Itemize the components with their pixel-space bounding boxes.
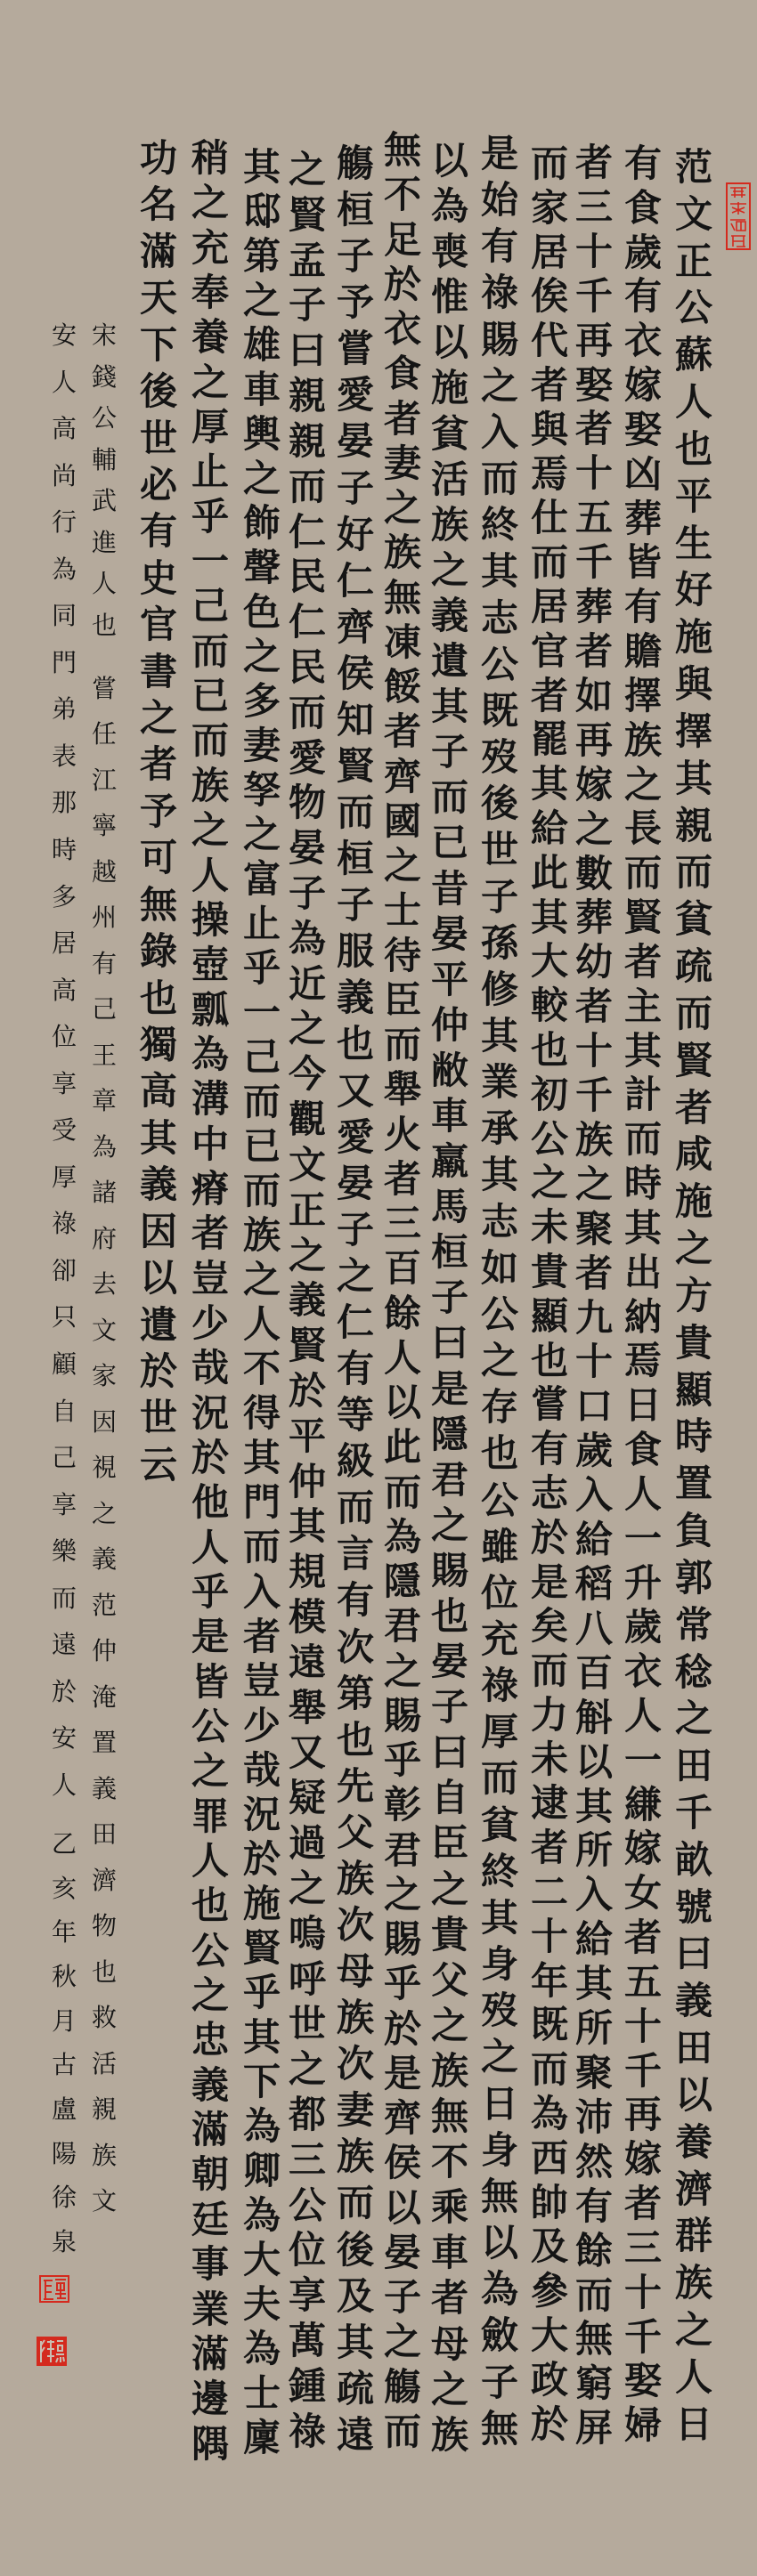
calligraphy-character: 享: [289, 2277, 326, 2314]
calligraphy-character: 女: [624, 1875, 662, 1912]
calligraphy-character: 大: [243, 2241, 281, 2279]
calligraphy-character: 操: [191, 902, 229, 939]
calligraphy-character: 者: [531, 367, 568, 404]
calligraphy-character: 而: [191, 722, 229, 759]
calligraphy-character: 士: [384, 892, 421, 929]
calligraphy-character: 少: [243, 1707, 281, 1745]
calligraphy-character: 擇: [675, 713, 712, 750]
calligraphy-character: 身: [481, 2132, 518, 2169]
calligraphy-character: 盧: [52, 2097, 77, 2122]
calligraphy-character: 贍: [624, 633, 662, 670]
calligraphy-character: 親: [289, 423, 326, 460]
calligraphy-character: 帥: [531, 2184, 568, 2222]
calligraphy-character: 以: [384, 1384, 421, 1422]
calligraphy-character: 多: [243, 683, 281, 720]
calligraphy-character: 咸: [675, 1136, 712, 1173]
calligraphy-character: 之: [140, 700, 177, 737]
calligraphy-character: 聚: [575, 2054, 613, 2092]
calligraphy-character: 三: [624, 2230, 662, 2267]
calligraphy-character: 時: [52, 838, 77, 863]
calligraphy-character: 平: [675, 478, 712, 515]
calligraphy-character: 秋: [52, 1964, 77, 1989]
calligraphy-character: 稍: [191, 140, 229, 177]
calligraphy-character: 再: [624, 2096, 662, 2134]
calligraphy-character: 施: [675, 1183, 712, 1220]
calligraphy-character: 此: [384, 1429, 421, 1466]
calligraphy-character: 矣: [531, 1608, 568, 1645]
calligraphy-character: 有: [531, 1430, 568, 1468]
calligraphy-character: 好: [675, 571, 712, 609]
calligraphy-character: 納: [624, 1299, 662, 1336]
calligraphy-character: 者: [575, 988, 613, 1025]
calligraphy-character: 之: [481, 2038, 518, 2076]
calligraphy-character: 出: [624, 1254, 662, 1292]
calligraphy-character: 祿: [481, 1667, 518, 1705]
calligraphy-character: 其: [289, 1508, 326, 1545]
calligraphy-character: 世: [140, 1399, 177, 1437]
calligraphy-character: 近: [289, 966, 326, 1003]
calligraphy-character: 次: [337, 1629, 374, 1666]
calligraphy-character: 活: [431, 461, 468, 498]
calligraphy-character: 其: [531, 766, 568, 803]
calligraphy-character: 子: [431, 1689, 468, 1726]
calligraphy-character: 既: [531, 2006, 568, 2044]
calligraphy-character: 歲: [575, 1432, 613, 1470]
calligraphy-character: 其: [575, 1965, 613, 2003]
calligraphy-character: 桓: [337, 840, 374, 878]
calligraphy-character: 升: [624, 1565, 662, 1602]
calligraphy-character: 之: [243, 1261, 281, 1299]
calligraphy-character: 百: [384, 1250, 421, 1287]
calligraphy-character: 止: [191, 453, 229, 490]
calligraphy-character: 置: [92, 1730, 117, 1755]
calligraphy-character: 公: [289, 2187, 326, 2224]
calligraphy-character: 州: [92, 905, 117, 930]
calligraphy-character: 文: [92, 2189, 117, 2214]
calligraphy-character: 諸: [92, 1180, 117, 1205]
calligraphy-character: 仲: [431, 1007, 468, 1044]
calligraphy-character: 有: [92, 952, 117, 976]
calligraphy-character: 之: [92, 1502, 117, 1527]
calligraphy-character: 世: [289, 2005, 326, 2043]
calligraphy-character: 第: [243, 238, 281, 275]
calligraphy-character: 位: [481, 1575, 518, 1612]
calligraphy-character: 也: [531, 1342, 568, 1380]
calligraphy-character: 為: [52, 557, 77, 582]
calligraphy-character: 二: [531, 1874, 568, 1911]
calligraphy-character: 都: [289, 2096, 326, 2134]
calligraphy-character: 公: [481, 1296, 518, 1333]
calligraphy-character: 罷: [531, 721, 568, 758]
calligraphy-character: 車: [431, 2234, 468, 2272]
calligraphy-character: 府: [92, 1227, 117, 1252]
calligraphy-character: 豈: [191, 1260, 229, 1298]
calligraphy-character: 也: [92, 1960, 117, 1985]
calligraphy-character: 同: [52, 603, 77, 628]
calligraphy-character: 有: [481, 228, 518, 265]
calligraphy-character: 居: [52, 931, 77, 956]
calligraphy-character: 觴: [337, 145, 374, 182]
calligraphy-character: 舉: [384, 1071, 421, 1108]
calligraphy-character: 少: [191, 1305, 229, 1342]
calligraphy-character: 晏: [384, 2234, 421, 2272]
calligraphy-character: 溝: [191, 1081, 229, 1118]
calligraphy-character: 也: [92, 613, 117, 638]
calligraphy-character: 之: [481, 1342, 518, 1380]
calligraphy-character: 亥: [52, 1876, 77, 1901]
calligraphy-character: 一: [624, 1520, 662, 1558]
calligraphy-character: 主: [624, 988, 662, 1025]
calligraphy-character: 疏: [675, 948, 712, 985]
calligraphy-character: 家: [92, 1364, 117, 1389]
calligraphy-character: 也: [337, 1025, 374, 1063]
calligraphy-character: 惟: [431, 279, 468, 316]
calligraphy-character: 族: [243, 1217, 281, 1254]
calligraphy-character: 施: [675, 619, 712, 656]
calligraphy-character: 西: [531, 2140, 568, 2177]
calligraphy-character: 於: [191, 1439, 229, 1477]
calligraphy-character: 及: [531, 2228, 568, 2265]
calligraphy-character: 之: [575, 811, 613, 848]
calligraphy-character: 賜: [431, 1552, 468, 1590]
calligraphy-character: 者: [575, 1255, 613, 1292]
calligraphy-character: 為: [92, 1135, 117, 1160]
calligraphy-character: 正: [289, 1192, 326, 1229]
calligraphy-character: 以: [431, 324, 468, 361]
calligraphy-character: 人: [624, 1476, 662, 1513]
calligraphy-character: 族: [191, 767, 229, 805]
calligraphy-character: 為: [531, 2095, 568, 2133]
calligraphy-character: 服: [337, 933, 374, 970]
calligraphy-character: 廷: [191, 2201, 229, 2239]
calligraphy-character: 五: [624, 1964, 662, 2001]
calligraphy-character: 餘: [384, 1295, 421, 1333]
calligraphy-character: 者: [140, 746, 177, 783]
calligraphy-character: 施: [431, 369, 468, 407]
calligraphy-character: 而: [243, 1528, 281, 1566]
calligraphy-character: 多: [52, 885, 77, 910]
calligraphy-character: 義: [140, 1166, 177, 1203]
calligraphy-character: 之: [191, 184, 229, 222]
calligraphy-character: 者: [531, 677, 568, 715]
calligraphy-character: 義: [92, 1777, 117, 1802]
calligraphy-character: 第: [337, 1675, 374, 1713]
calligraphy-character: 而: [191, 633, 229, 670]
calligraphy-character: 者: [191, 1215, 229, 1252]
calligraphy-character: 祿: [52, 1211, 77, 1236]
calligraphy-character: 群: [675, 2217, 712, 2255]
calligraphy-character: 大: [531, 943, 568, 980]
calligraphy-character: 次: [337, 1907, 374, 1944]
calligraphy-character: 以: [384, 2190, 421, 2227]
calligraphy-character: 范: [675, 149, 712, 186]
calligraphy-character: 其: [243, 1439, 281, 1477]
calligraphy-character: 進: [92, 531, 117, 555]
calligraphy-character: 屏: [575, 2410, 613, 2447]
calligraphy-character: 而: [337, 1489, 374, 1527]
calligraphy-character: 與: [531, 411, 568, 449]
calligraphy-character: 仁: [337, 1304, 374, 1341]
calligraphy-character: 一: [243, 994, 281, 1032]
calligraphy-character: 者: [575, 144, 613, 182]
calligraphy-character: 十: [624, 2274, 662, 2312]
calligraphy-character: 八: [575, 1610, 613, 1648]
calligraphy-character: 葬: [624, 500, 662, 538]
calligraphy-character: 安: [52, 1726, 77, 1751]
calligraphy-character: 其: [624, 1210, 662, 1247]
calligraphy-character: 又: [337, 1073, 374, 1110]
calligraphy-character: 時: [624, 1165, 662, 1203]
calligraphy-character: 以: [140, 1260, 177, 1297]
calligraphy-character: 充: [481, 1621, 518, 1658]
calligraphy-character: 賜: [384, 1697, 421, 1735]
calligraphy-character: 皆: [191, 1664, 229, 1701]
calligraphy-character: 蘇: [675, 336, 712, 374]
calligraphy-character: 人: [243, 1306, 281, 1343]
calligraphy-character: 不: [384, 176, 421, 214]
calligraphy-character: 尚: [52, 464, 77, 489]
calligraphy-character: 之: [289, 2051, 326, 2088]
calligraphy-character: 祿: [289, 2413, 326, 2450]
calligraphy-character: 嘗: [92, 676, 117, 701]
calligraphy-character: 子: [289, 287, 326, 324]
calligraphy-character: 觴: [384, 2369, 421, 2406]
calligraphy-character: 無: [140, 887, 177, 924]
calligraphy-character: 而: [289, 468, 326, 506]
calligraphy-character: 為: [191, 1036, 229, 1073]
calligraphy-character: 任: [92, 722, 117, 747]
calligraphy-character: 予: [140, 793, 177, 830]
calligraphy-character: 入: [575, 1477, 613, 1514]
calligraphy-character: 滿: [140, 233, 177, 271]
calligraphy-character: 官: [531, 633, 568, 670]
calligraphy-character: 族: [675, 2264, 712, 2302]
calligraphy-character: 事: [191, 2246, 229, 2283]
calligraphy-character: 夫: [243, 2286, 281, 2323]
calligraphy-character: 曰: [675, 1935, 712, 1973]
calligraphy-character: 葬: [575, 588, 613, 626]
calligraphy-character: 焉: [624, 1342, 662, 1380]
calligraphy-character: 而: [531, 2051, 568, 2088]
calligraphy-character: 哉: [191, 1349, 229, 1387]
calligraphy-character: 奉: [191, 274, 229, 312]
calligraphy-character: 遠: [52, 1632, 77, 1657]
calligraphy-character: 是: [481, 135, 518, 173]
calligraphy-character: 錄: [140, 933, 177, 970]
calligraphy-character: 沛: [575, 2099, 613, 2136]
calligraphy-character: 享: [52, 1493, 77, 1518]
calligraphy-character: 古: [52, 2053, 77, 2078]
calligraphy-character: 乎: [243, 950, 281, 987]
calligraphy-character: 所: [575, 1832, 613, 1869]
calligraphy-character: 之: [675, 1700, 712, 1738]
calligraphy-character: 親: [675, 807, 712, 845]
calligraphy-character: 業: [481, 1064, 518, 1101]
calligraphy-character: 曰: [431, 1734, 468, 1771]
calligraphy-character: 邸: [243, 193, 281, 231]
calligraphy-character: 祿: [481, 274, 518, 312]
calligraphy-character: 三: [384, 1205, 421, 1243]
calligraphy-character: 而: [531, 145, 568, 182]
calligraphy-character: 千: [575, 1077, 613, 1114]
calligraphy-character: 十: [575, 1033, 613, 1070]
seal-stamp-icon: [726, 182, 751, 250]
calligraphy-character: 九: [575, 1300, 613, 1337]
calligraphy-character: 去: [92, 1272, 117, 1297]
calligraphy-character: 民: [289, 649, 326, 686]
calligraphy-character: 施: [243, 1885, 281, 1923]
calligraphy-character: 世: [140, 420, 177, 458]
calligraphy-character: 有: [140, 513, 177, 550]
calligraphy-character: 予: [337, 284, 374, 321]
calligraphy-character: 之: [289, 1237, 326, 1275]
calligraphy-character: 者: [575, 633, 613, 670]
calligraphy-character: 日: [481, 2086, 518, 2123]
calligraphy-character: 娶: [575, 367, 613, 404]
calligraphy-character: 賢: [675, 1042, 712, 1080]
calligraphy-character: 者: [243, 1618, 281, 1656]
calligraphy-character: 那: [52, 790, 77, 815]
calligraphy-character: 仁: [289, 514, 326, 551]
calligraphy-character: 愛: [337, 1119, 374, 1156]
calligraphy-character: 次: [337, 2045, 374, 2083]
calligraphy-character: 賢: [289, 1327, 326, 1365]
calligraphy-character: 大: [531, 2317, 568, 2354]
seal-bottom-left-upper: [38, 2274, 70, 2304]
calligraphy-character: 滿: [191, 2111, 229, 2149]
calligraphy-character: 遺: [140, 1307, 177, 1344]
calligraphy-character: 公: [191, 1708, 229, 1746]
calligraphy-character: 疏: [337, 2370, 374, 2408]
calligraphy-character: 物: [92, 1914, 117, 1939]
calligraphy-character: 與: [675, 666, 712, 703]
calligraphy-character: 門: [243, 1484, 281, 1521]
calligraphy-character: 其: [243, 149, 281, 186]
calligraphy-character: 於: [140, 1353, 177, 1390]
calligraphy-character: 千: [575, 544, 613, 581]
calligraphy-character: 晏: [431, 916, 468, 953]
calligraphy-character: 正: [675, 243, 712, 280]
calligraphy-character: 於: [531, 2406, 568, 2443]
calligraphy-character: 晏: [431, 1643, 468, 1681]
calligraphy-character: 章: [92, 1089, 117, 1114]
calligraphy-character: 再: [575, 722, 613, 759]
calligraphy-character: 車: [243, 371, 281, 409]
calligraphy-character: 有: [624, 278, 662, 315]
calligraphy-character: 世: [481, 831, 518, 869]
calligraphy-character: 越: [92, 860, 117, 885]
calligraphy-character: 子: [431, 1279, 468, 1316]
calligraphy-scroll: 范文正公蘇人也平生好施與擇其親而貧疏而賢者咸施之方貴顯時置負郭常稔之田千畝號曰義…: [0, 0, 757, 2576]
calligraphy-character: 婦: [624, 2407, 662, 2444]
calligraphy-character: 而: [481, 1760, 518, 1797]
calligraphy-character: 嘗: [337, 330, 374, 368]
calligraphy-character: 官: [140, 606, 177, 644]
calligraphy-character: 而: [624, 855, 662, 892]
calligraphy-character: 負: [675, 1512, 712, 1550]
calligraphy-character: 無: [431, 2098, 468, 2135]
calligraphy-character: 後: [337, 2232, 374, 2269]
calligraphy-character: 下: [140, 327, 177, 364]
calligraphy-character: 餒: [384, 668, 421, 706]
calligraphy-character: 其: [624, 1033, 662, 1070]
calligraphy-character: 田: [675, 2029, 712, 2067]
calligraphy-character: 顯: [675, 1372, 712, 1409]
calligraphy-character: 疑: [289, 1779, 326, 1817]
calligraphy-character: 而: [531, 544, 568, 581]
text-column-8: 觴桓子予嘗愛晏子好仁齊侯知賢而桓子服義也又愛晏子之仁有等級而言有次第也先父族次母…: [331, 145, 379, 2454]
calligraphy-character: 乎: [384, 1742, 421, 1779]
calligraphy-character: 以: [575, 1744, 613, 1781]
inscription-column-2-part-1: 安人高尚行為同門弟表那時多居高位享受厚祿卻只顧自己享樂而遠於安人: [46, 323, 82, 1798]
calligraphy-character: 君: [384, 1832, 421, 1869]
calligraphy-character: 年: [52, 1920, 77, 1945]
calligraphy-character: 以: [431, 142, 468, 180]
calligraphy-character: 名: [140, 186, 177, 223]
calligraphy-character: 嫁: [624, 2141, 662, 2178]
calligraphy-character: 志: [481, 600, 518, 637]
inscription-column-1-part-1: 宋錢公輔武進人也: [86, 323, 122, 638]
calligraphy-character: 觀: [289, 1101, 326, 1138]
calligraphy-character: 孟: [289, 242, 326, 279]
calligraphy-character: 自: [431, 1779, 468, 1817]
calligraphy-character: 子: [431, 733, 468, 771]
calligraphy-character: 者: [384, 1161, 421, 1198]
calligraphy-character: 侯: [337, 655, 374, 693]
calligraphy-character: 仁: [289, 603, 326, 641]
calligraphy-character: 親: [289, 377, 326, 415]
calligraphy-character: 而: [624, 1121, 662, 1158]
calligraphy-character: 孥: [243, 772, 281, 809]
text-column-12: 功名滿天下後世必有史官書之者予可無錄也獨高其義因以遺於世云: [134, 140, 183, 1484]
seal-bottom-left-lower: [37, 2337, 67, 2366]
calligraphy-character: 臣: [431, 1825, 468, 1862]
calligraphy-character: 滿: [191, 2336, 229, 2373]
calligraphy-character: 族: [431, 2417, 468, 2454]
calligraphy-character: 無: [481, 2410, 518, 2448]
calligraphy-character: 又: [289, 1734, 326, 1771]
calligraphy-character: 錢: [92, 365, 117, 390]
calligraphy-character: 止: [243, 905, 281, 943]
calligraphy-character: 者: [384, 401, 421, 438]
calligraphy-character: 也: [431, 1598, 468, 1635]
calligraphy-character: 為: [384, 1519, 421, 1556]
calligraphy-character: 公: [92, 406, 117, 431]
calligraphy-character: 位: [289, 2232, 326, 2269]
calligraphy-character: 弟: [52, 697, 77, 722]
calligraphy-character: 今: [289, 1056, 326, 1093]
calligraphy-character: 常: [675, 1607, 712, 1644]
calligraphy-character: 養: [675, 2124, 712, 2161]
calligraphy-character: 乎: [191, 1574, 229, 1611]
calligraphy-character: 生: [675, 525, 712, 563]
calligraphy-character: 而: [675, 854, 712, 891]
calligraphy-character: 濟: [92, 1868, 117, 1893]
calligraphy-character: 邊: [191, 2380, 229, 2418]
calligraphy-character: 妻: [384, 445, 421, 482]
calligraphy-character: 三: [289, 2142, 326, 2179]
calligraphy-character: 而: [337, 2184, 374, 2222]
calligraphy-character: 晏: [337, 423, 374, 460]
calligraphy-character: 人: [624, 1697, 662, 1735]
calligraphy-character: 政: [531, 2361, 568, 2399]
calligraphy-character: 而: [675, 995, 712, 1033]
calligraphy-character: 顧: [52, 1352, 77, 1377]
calligraphy-character: 給: [531, 810, 568, 847]
text-column-11: 稍之充奉養之厚止乎一己而已而族之人操壺瓢為溝中瘠者豈少哉況於他人乎是皆公之罪人也…: [186, 140, 234, 2463]
calligraphy-character: 貴: [531, 1253, 568, 1291]
calligraphy-character: 享: [52, 1072, 77, 1097]
